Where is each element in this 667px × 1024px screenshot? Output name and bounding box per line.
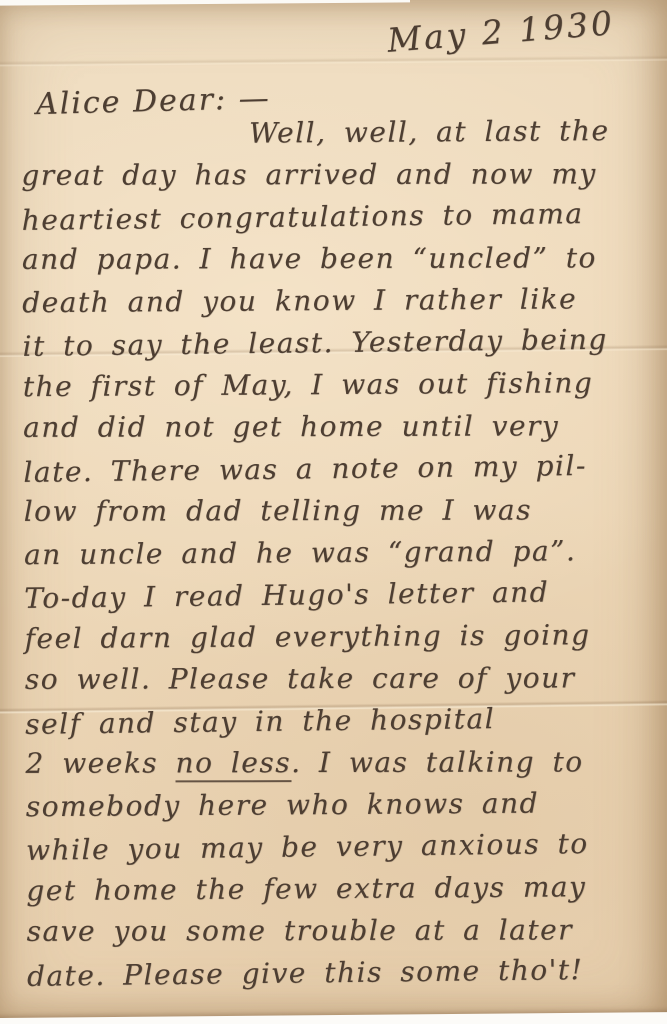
letter-line: save you some trouble at a later	[27, 909, 660, 953]
letter-line: while you may be very anxious to	[26, 822, 659, 872]
scanned-letter-page: May 2 1930 Alice Dear: — Well, well, at …	[0, 0, 667, 1024]
letter-line: get home the few extra days may	[26, 866, 659, 912]
line-segment: . I was talking to	[291, 745, 584, 779]
letter-line: heartiest congratulations to mama	[21, 192, 654, 242]
underlined-phrase: no less	[175, 746, 291, 782]
letter-line-with-underline: 2 weeks no less. I was talking to	[25, 741, 658, 785]
letter-line: it to say the least. Yesterday being	[22, 318, 655, 368]
letter-line: date. Please give this some tho't!	[27, 948, 660, 998]
letter-line: feel darn glad everything is going	[24, 614, 657, 660]
letter-line: death and you know I rather like	[22, 278, 655, 324]
letter-line: and did not get home until very	[23, 405, 656, 449]
letter-line: so well. Please take care of your	[25, 657, 658, 701]
letter-line: an uncle and he was “grand pa”.	[24, 530, 657, 576]
letter-line: and papa. I have been “uncled” to	[22, 237, 655, 281]
letter-line: self and stay in the hospital	[25, 696, 658, 746]
letter-body: Well, well, at last the great day has ar…	[21, 110, 660, 996]
letter-line: great day has arrived and now my	[21, 153, 654, 197]
letter-line: late. There was a note on my pil-	[23, 444, 656, 494]
letter-line: To-day I read Hugo's letter and	[24, 570, 657, 620]
line-segment: 2 weeks	[25, 746, 175, 779]
letter-line: somebody here who knows and	[26, 782, 659, 828]
letter-line: low from dad telling me I was	[24, 489, 657, 533]
letter-line: Well, well, at last the	[21, 110, 654, 156]
letter-line: the first of May, I was out fishing	[23, 362, 656, 408]
